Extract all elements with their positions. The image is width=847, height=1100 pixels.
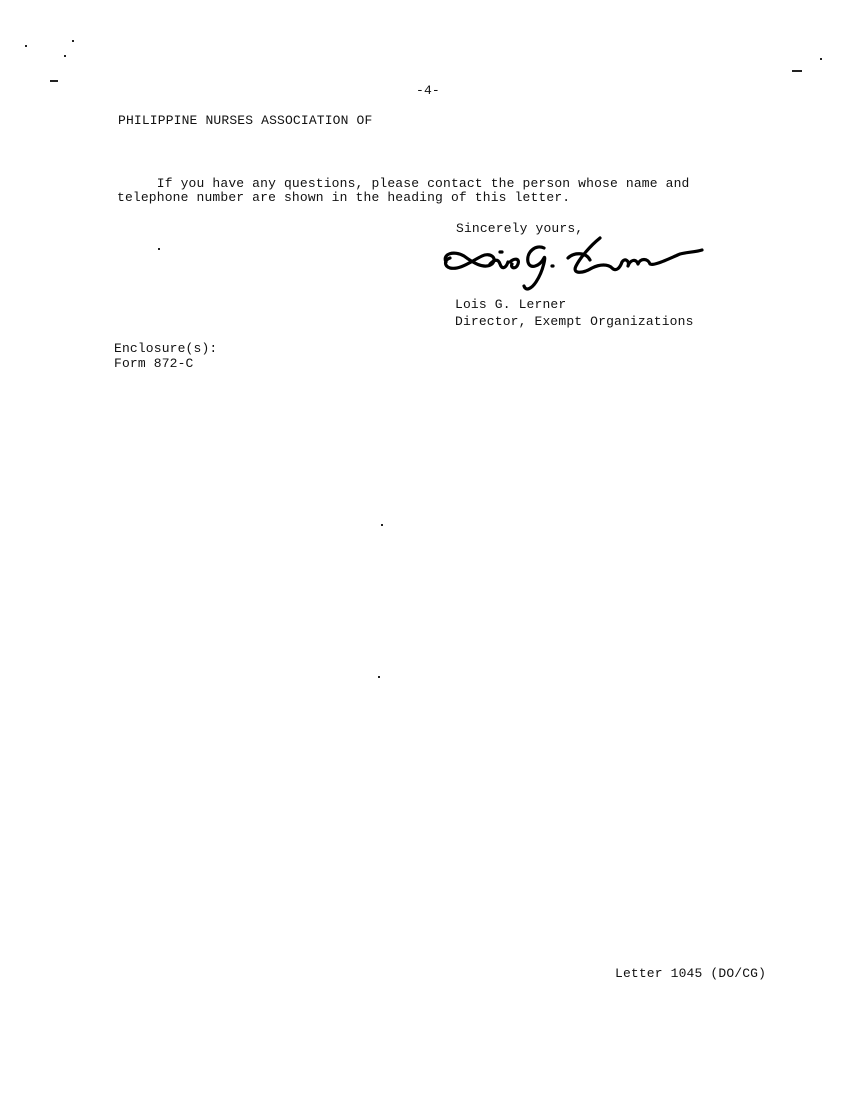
body-paragraph-line-1: If you have any questions, please contac… (117, 177, 690, 191)
scan-speck (50, 80, 58, 82)
scan-speck (72, 40, 74, 42)
addressee-heading: PHILIPPINE NURSES ASSOCIATION OF (118, 114, 372, 128)
scan-speck (25, 45, 27, 47)
scan-speck (378, 676, 380, 678)
scan-speck (792, 70, 802, 72)
page-number: -4- (416, 84, 440, 98)
body-paragraph-line-2: telephone number are shown in the headin… (117, 191, 570, 205)
enclosure-item: Form 872-C (114, 357, 194, 371)
handwritten-signature (440, 230, 705, 295)
enclosures-label: Enclosure(s): (114, 342, 217, 356)
scan-speck (158, 248, 160, 250)
signer-title: Director, Exempt Organizations (455, 315, 694, 329)
scan-speck (381, 524, 383, 526)
scan-speck (64, 55, 66, 57)
letter-id-footer: Letter 1045 (DO/CG) (615, 967, 766, 981)
scan-speck (820, 58, 822, 60)
signer-name: Lois G. Lerner (455, 298, 566, 312)
